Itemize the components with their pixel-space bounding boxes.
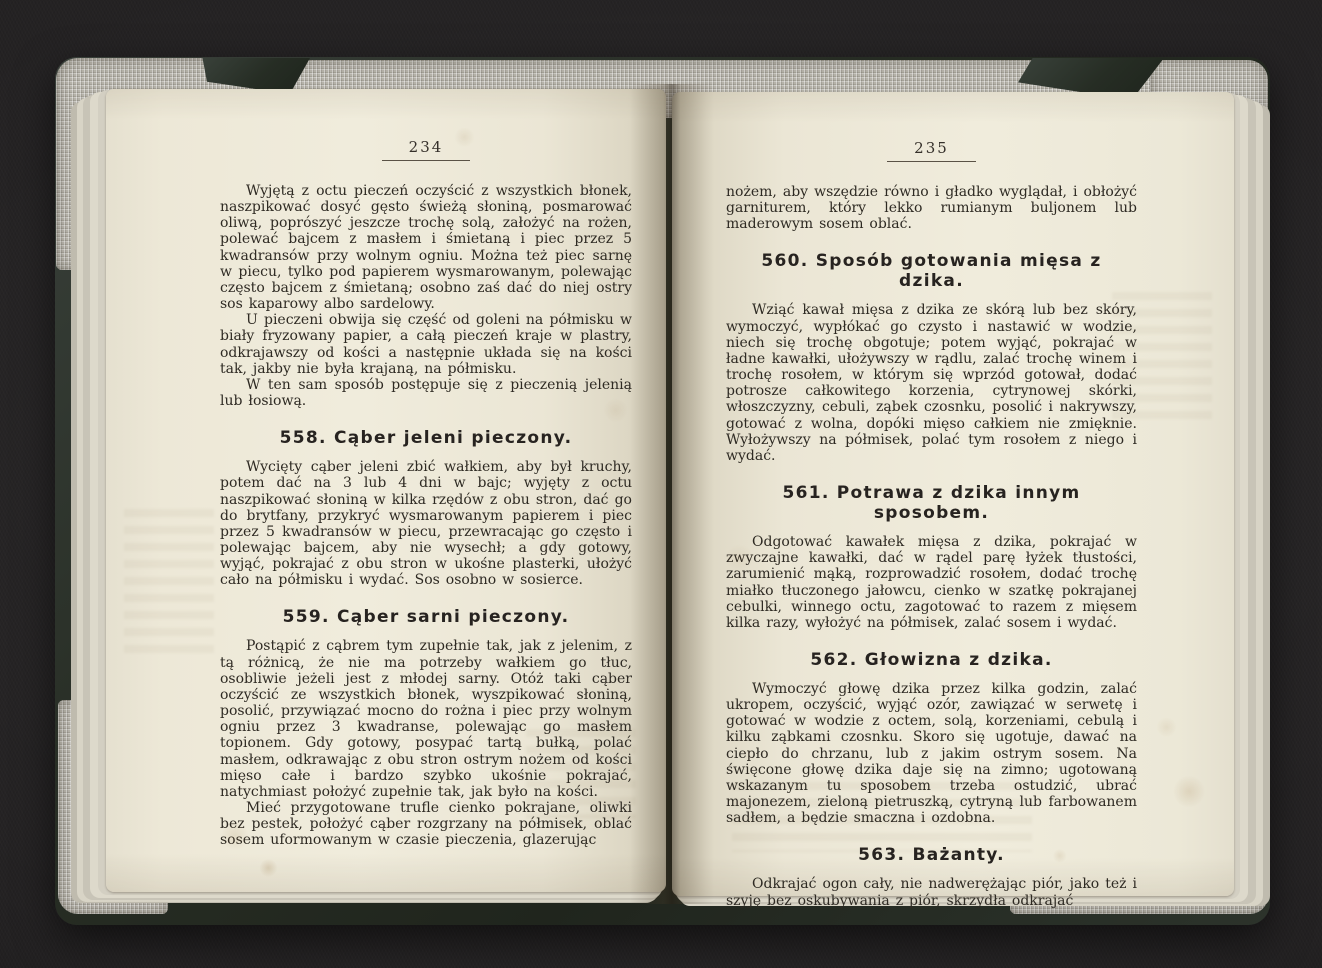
page-number: 235 (726, 138, 1137, 162)
recipe-paragraph: Odgotować kawałek mięsa z dzika, pokraja… (726, 534, 1137, 631)
recipe-paragraph: W ten sam sposób postępuje się z pieczen… (220, 377, 632, 409)
book-page-right: 235 nożem, aby wszędzie równo i gładko w… (672, 92, 1234, 896)
recipe-heading: 559. Cąber sarni pieczony. (220, 607, 632, 627)
text-blocks-right: nożem, aby wszędzie równo i gładko wyglą… (726, 184, 1137, 909)
page-number-label: 235 (887, 139, 976, 162)
recipe-paragraph: Postąpić z cąbrem tym zupełnie tak, jak … (220, 638, 632, 800)
page-content-right: 235 nożem, aby wszędzie równo i gładko w… (672, 92, 1234, 909)
scanned-book-photo: 234 Wyjętą z octu pieczeń oczyścić z wsz… (0, 0, 1322, 968)
recipe-heading: 561. Potrawa z dzika innym sposobem. (726, 483, 1137, 523)
recipe-heading: 563. Bażanty. (726, 845, 1137, 865)
recipe-paragraph: Mieć przygotowane trufle cienko pokrajan… (220, 800, 632, 848)
recipe-heading: 558. Cąber jeleni pieczony. (220, 428, 632, 448)
recipe-paragraph: Odkrajać ogon cały, nie nadwerężając pió… (726, 876, 1137, 908)
recipe-paragraph: Wymoczyć głowę dzika przez kilka godzin,… (726, 681, 1137, 826)
page-number: 234 (220, 137, 632, 161)
recipe-heading: 562. Głowizna z dzika. (726, 650, 1137, 670)
recipe-paragraph: Wycięty cąber jeleni zbić wałkiem, aby b… (220, 459, 632, 588)
page-content-left: 234 Wyjętą z octu pieczeń oczyścić z wsz… (106, 89, 666, 848)
text-blocks-left: Wyjętą z octu pieczeń oczyścić z wszystk… (220, 183, 632, 848)
recipe-paragraph: Wyjętą z octu pieczeń oczyścić z wszystk… (220, 183, 632, 312)
recipe-paragraph: Wziąć kawał mięsa z dzika ze skórą lub b… (726, 302, 1137, 464)
recipe-paragraph: U pieczeni obwija się część od goleni na… (220, 312, 632, 377)
page-number-label: 234 (382, 138, 471, 161)
recipe-heading: 560. Sposób gotowania mięsa z dzika. (726, 251, 1137, 291)
book-page-left: 234 Wyjętą z octu pieczeń oczyścić z wsz… (106, 89, 666, 892)
recipe-paragraph: nożem, aby wszędzie równo i gładko wyglą… (726, 184, 1137, 232)
